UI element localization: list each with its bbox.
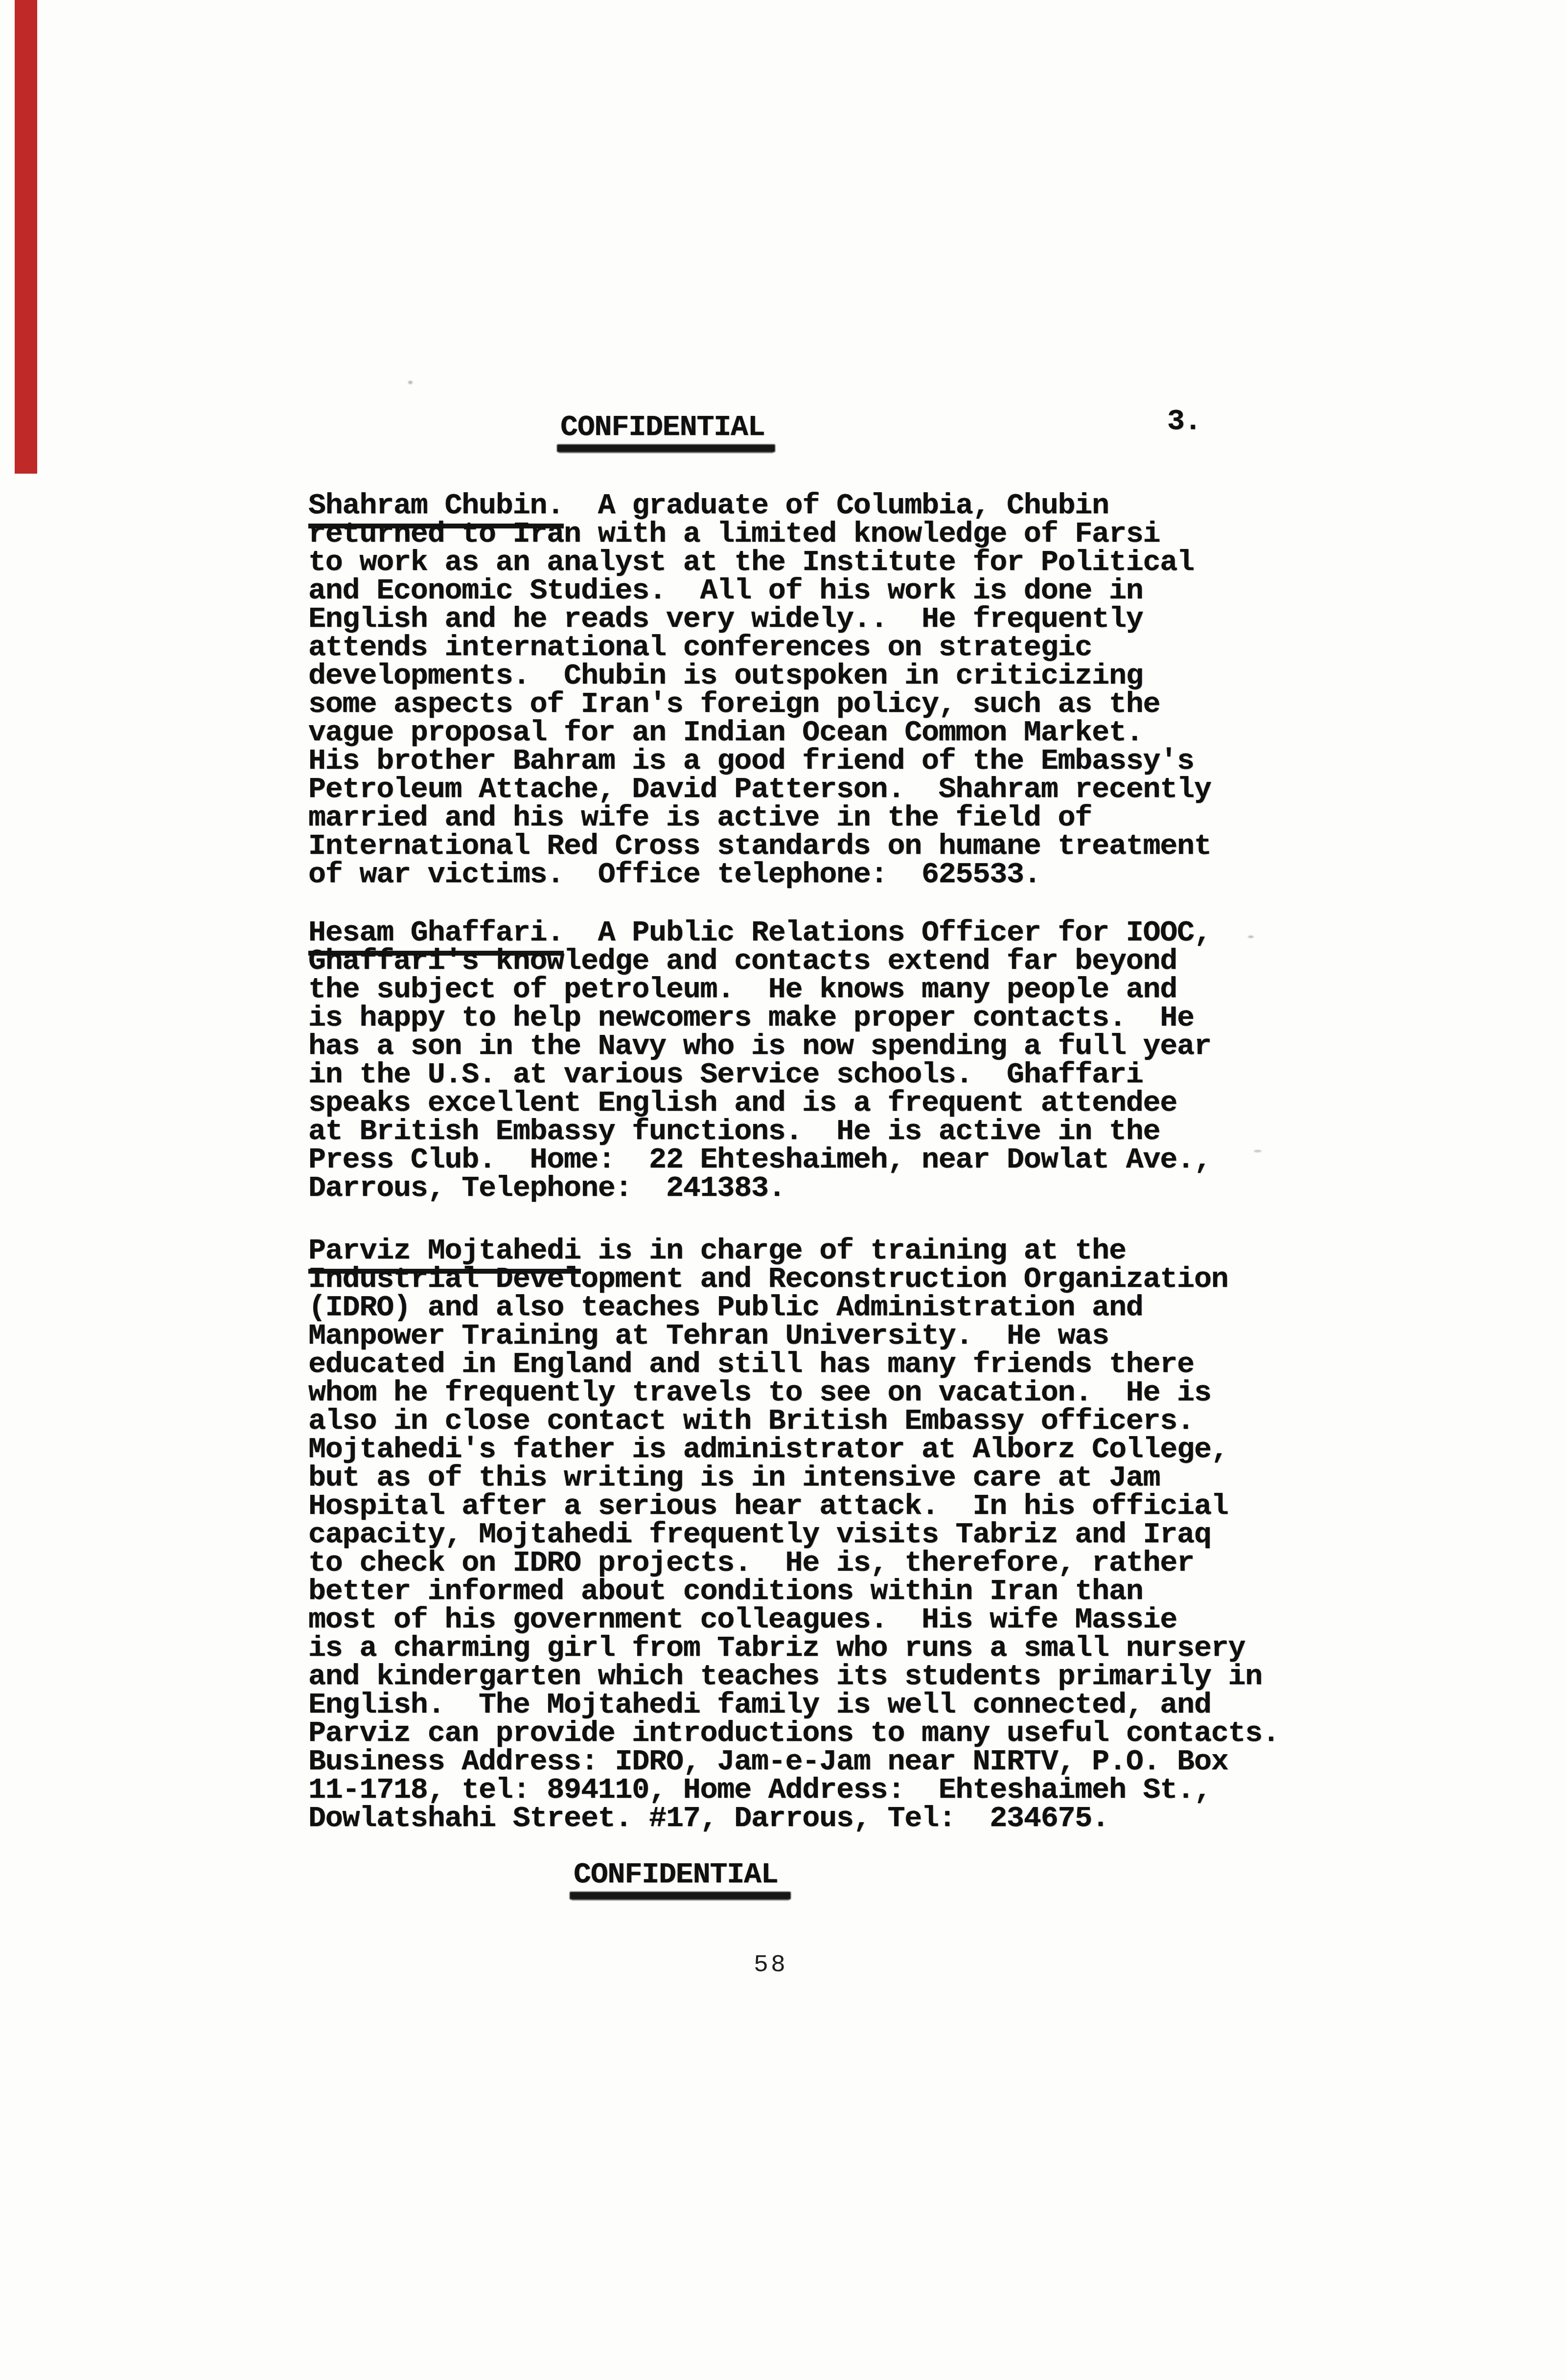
text-line: of war victims. Office telephone: 625533… (308, 861, 1211, 889)
paragraph-shahram-chubin: Shahram Chubin. A graduate of Columbia, … (308, 492, 1211, 889)
page-number-bottom: 58 (754, 1951, 788, 1979)
text-line: and kindergarten which teaches its stude… (308, 1663, 1279, 1691)
text-line: vague proposal for an Indian Ocean Commo… (308, 719, 1211, 747)
text-line: returned to Iran with a limited knowledg… (308, 520, 1211, 549)
paragraph-hesam-ghaffari: Hesam Ghaffari. A Public Relations Offic… (308, 919, 1211, 1203)
text-line: Press Club. Home: 22 Ehteshaimeh, near D… (308, 1146, 1211, 1174)
text-line: educated in England and still has many f… (308, 1350, 1279, 1379)
scan-speck (1248, 936, 1254, 938)
text-line: Darrous, Telephone: 241383. (308, 1174, 1211, 1203)
page-number-top: 3. (1167, 405, 1201, 438)
text-line: Petroleum Attache, David Patterson. Shah… (308, 776, 1211, 804)
text-line: Parviz Mojtahedi is in charge of trainin… (308, 1237, 1279, 1265)
classification-footer: CONFIDENTIAL (574, 1858, 778, 1892)
text-line: (IDRO) and also teaches Public Administr… (308, 1294, 1279, 1322)
text-line: Shahram Chubin. A graduate of Columbia, … (308, 492, 1211, 520)
text-line: and Economic Studies. All of his work is… (308, 577, 1211, 605)
text-line: 11-1718, tel: 894110, Home Address: Ehte… (308, 1776, 1279, 1805)
footer-underline-rule (570, 1892, 791, 1899)
text-line: Ghaffari's knowledge and contacts extend… (308, 947, 1211, 976)
text-line: Business Address: IDRO, Jam-e-Jam near N… (308, 1748, 1279, 1776)
text-line: better informed about conditions within … (308, 1578, 1279, 1606)
header-underline-rule (557, 444, 775, 452)
text-line: is happy to help newcomers make proper c… (308, 1004, 1211, 1032)
text-line: capacity, Mojtahedi frequently visits Ta… (308, 1521, 1279, 1549)
text-line: whom he frequently travels to see on vac… (308, 1379, 1279, 1407)
classification-header: CONFIDENTIAL (560, 411, 765, 444)
text-line: is a charming girl from Tabriz who runs … (308, 1634, 1279, 1663)
text-line: Hospital after a serious hear attack. In… (308, 1492, 1279, 1521)
text-line: married and his wife is active in the fi… (308, 804, 1211, 832)
document-page: CONFIDENTIAL 3. Shahram Chubin. A gradua… (0, 0, 1566, 2380)
text-line: His brother Bahram is a good friend of t… (308, 747, 1211, 776)
text-line: also in close contact with British Embas… (308, 1407, 1279, 1436)
text-line: has a son in the Navy who is now spendin… (308, 1032, 1211, 1061)
text-line: developments. Chubin is outspoken in cri… (308, 662, 1211, 690)
red-margin-stripe (15, 0, 37, 474)
text-line: English and he reads very widely.. He fr… (308, 605, 1211, 634)
text-line: Industrial Development and Reconstructio… (308, 1265, 1279, 1294)
text-line: speaks excellent English and is a freque… (308, 1089, 1211, 1118)
text-line: International Red Cross standards on hum… (308, 832, 1211, 861)
text-line: most of his government colleagues. His w… (308, 1606, 1279, 1634)
paragraph-parviz-mojtahedi: Parviz Mojtahedi is in charge of trainin… (308, 1237, 1279, 1833)
scan-speck (408, 381, 413, 384)
text-line: Parviz can provide introductions to many… (308, 1719, 1279, 1748)
text-line: English. The Mojtahedi family is well co… (308, 1691, 1279, 1719)
scan-speck (1254, 1150, 1262, 1152)
text-line: Mojtahedi's father is administrator at A… (308, 1436, 1279, 1464)
text-line: to work as an analyst at the Institute f… (308, 549, 1211, 577)
text-line: to check on IDRO projects. He is, theref… (308, 1549, 1279, 1578)
text-line: Dowlatshahi Street. #17, Darrous, Tel: 2… (308, 1805, 1279, 1833)
text-line: but as of this writing is in intensive c… (308, 1464, 1279, 1492)
text-line: some aspects of Iran's foreign policy, s… (308, 690, 1211, 719)
text-line: in the U.S. at various Service schools. … (308, 1061, 1211, 1089)
text-line: Manpower Training at Tehran University. … (308, 1322, 1279, 1350)
text-line: attends international conferences on str… (308, 634, 1211, 662)
text-line: at British Embassy functions. He is acti… (308, 1118, 1211, 1146)
text-line: Hesam Ghaffari. A Public Relations Offic… (308, 919, 1211, 947)
text-line: the subject of petroleum. He knows many … (308, 976, 1211, 1004)
